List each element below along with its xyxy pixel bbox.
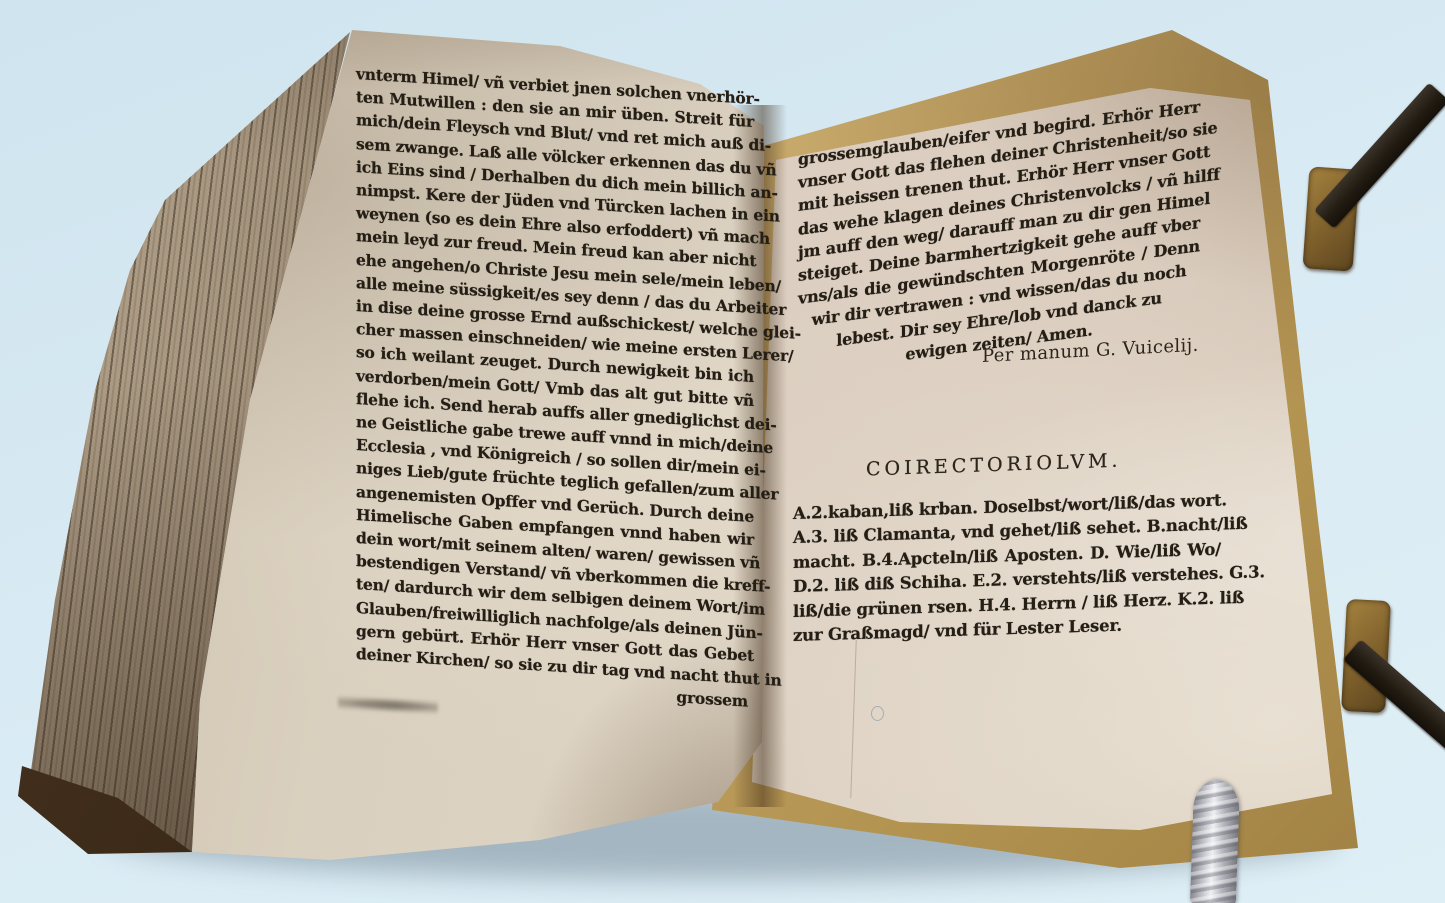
silver-clasp-pin	[1190, 779, 1240, 903]
errata-text: A.2.kaban,liß krban. Doselbst/wort/liß/d…	[793, 489, 1221, 649]
left-page-text: vnterm Himel/ vñ verbiet jnen solchen vn…	[356, 62, 754, 714]
faint-stamp-mark	[871, 706, 884, 721]
book-photo: vnterm Himel/ vñ verbiet jnen solchen vn…	[0, 0, 1445, 903]
leather-strap-top	[1314, 83, 1445, 229]
